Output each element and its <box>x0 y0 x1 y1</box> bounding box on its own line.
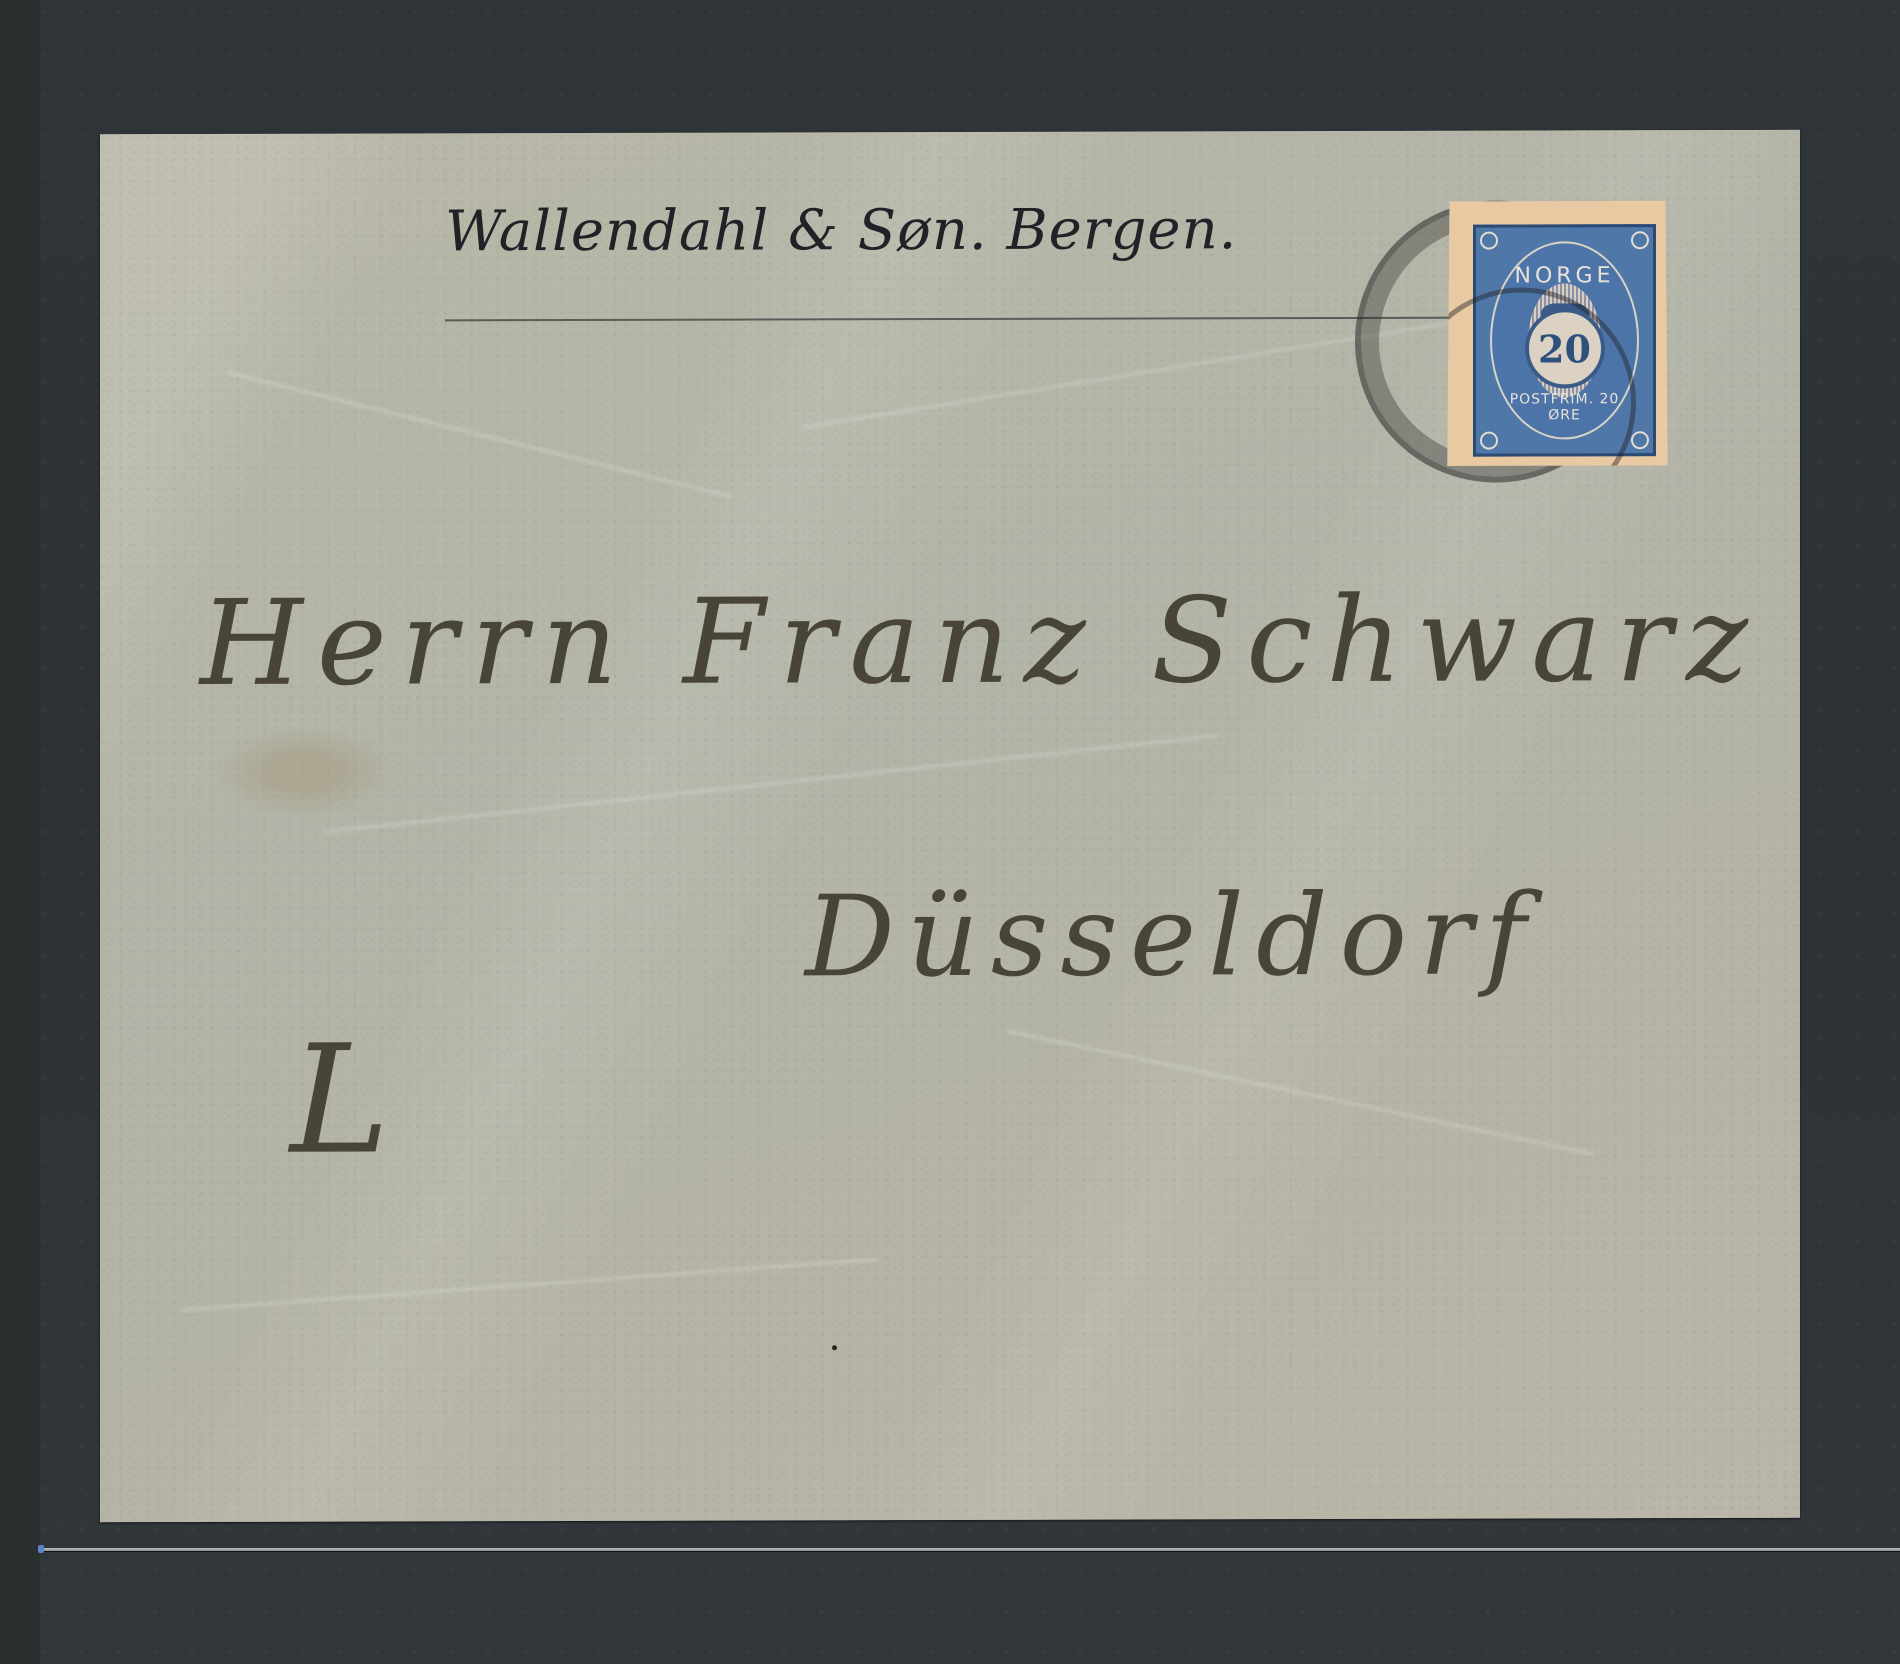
rosette-icon <box>1480 232 1498 250</box>
postage-stamp: NORGE 20 POSTFRIM. 20 ØRE <box>1445 198 1670 469</box>
paper-crease <box>181 1258 880 1312</box>
recipient-city: Düsseldorf <box>805 870 1538 1002</box>
stamp-frame: NORGE 20 POSTFRIM. 20 ØRE <box>1473 224 1656 456</box>
sender-letterhead: Wallendahl & Søn. Bergen. <box>445 197 1237 264</box>
paper-crease <box>322 734 1217 833</box>
album-mount-edge <box>0 0 40 1664</box>
ink-spot <box>832 1345 837 1350</box>
rosette-icon <box>1631 231 1649 249</box>
recipient-name: Herrn Franz Schwarz <box>200 570 1762 712</box>
rosette-icon <box>1631 431 1649 449</box>
corner-handwritten-mark: L <box>290 1013 390 1187</box>
mount-line-marker <box>38 1545 44 1553</box>
mount-strip-line <box>40 1548 1900 1551</box>
paper-crease <box>227 371 732 498</box>
envelope-cover: Wallendahl & Søn. Bergen. NORGE 20 POSTF… <box>100 130 1800 1522</box>
letterhead-underline <box>445 317 1475 322</box>
paper-crease <box>1006 1030 1594 1156</box>
